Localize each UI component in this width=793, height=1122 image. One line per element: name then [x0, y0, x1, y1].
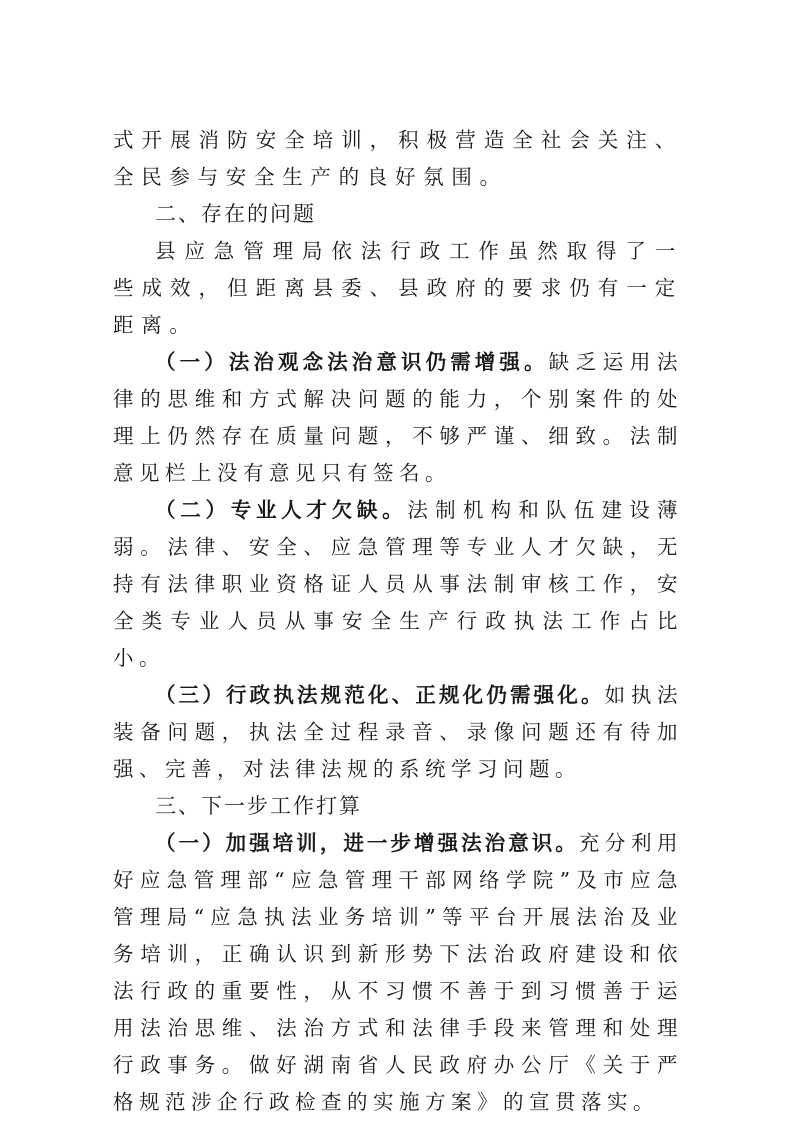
problem-2-title: （二）专业人才欠缺。 [155, 498, 407, 522]
next-step-1-body: 充分利用好应急管理部“应急管理干部网络学院”及市应急管理局“应急执法业务培训”等… [113, 831, 683, 1114]
next-step-1-title: （一）加强培训，进一步增强法治意识。 [155, 831, 579, 855]
paragraph-problem-2: （二）专业人才欠缺。法制机构和队伍建设薄弱。法律、安全、应急管理等专业人才欠缺，… [113, 492, 683, 677]
problem-1-title: （一）法治观念法治意识仍需增强。 [155, 350, 549, 374]
document-page: 式开展消防安全培训，积极营造全社会关注、全民参与安全生产的良好氛围。 二、存在的… [113, 122, 683, 1121]
problem-3-title: （三）行政执法规范化、正规化仍需强化。 [155, 683, 605, 707]
section-heading-problems: 二、存在的问题 [113, 196, 683, 233]
paragraph-continuation: 式开展消防安全培训，积极营造全社会关注、全民参与安全生产的良好氛围。 [113, 122, 683, 196]
paragraph-problems-intro: 县应急管理局依法行政工作虽然取得了一些成效，但距离县委、县政府的要求仍有一定距离… [113, 233, 683, 344]
problem-2-body: 法制机构和队伍建设薄弱。法律、安全、应急管理等专业人才欠缺，无持有法律职业资格证… [113, 498, 683, 670]
paragraph-problem-3: （三）行政执法规范化、正规化仍需强化。如执法装备问题，执法全过程录音、录像问题还… [113, 677, 683, 788]
paragraph-problem-1: （一）法治观念法治意识仍需增强。缺乏运用法律的思维和方式解决问题的能力，个别案件… [113, 344, 683, 492]
section-heading-next-steps: 三、下一步工作打算 [113, 788, 683, 825]
paragraph-next-step-1: （一）加强培训，进一步增强法治意识。充分利用好应急管理部“应急管理干部网络学院”… [113, 825, 683, 1121]
